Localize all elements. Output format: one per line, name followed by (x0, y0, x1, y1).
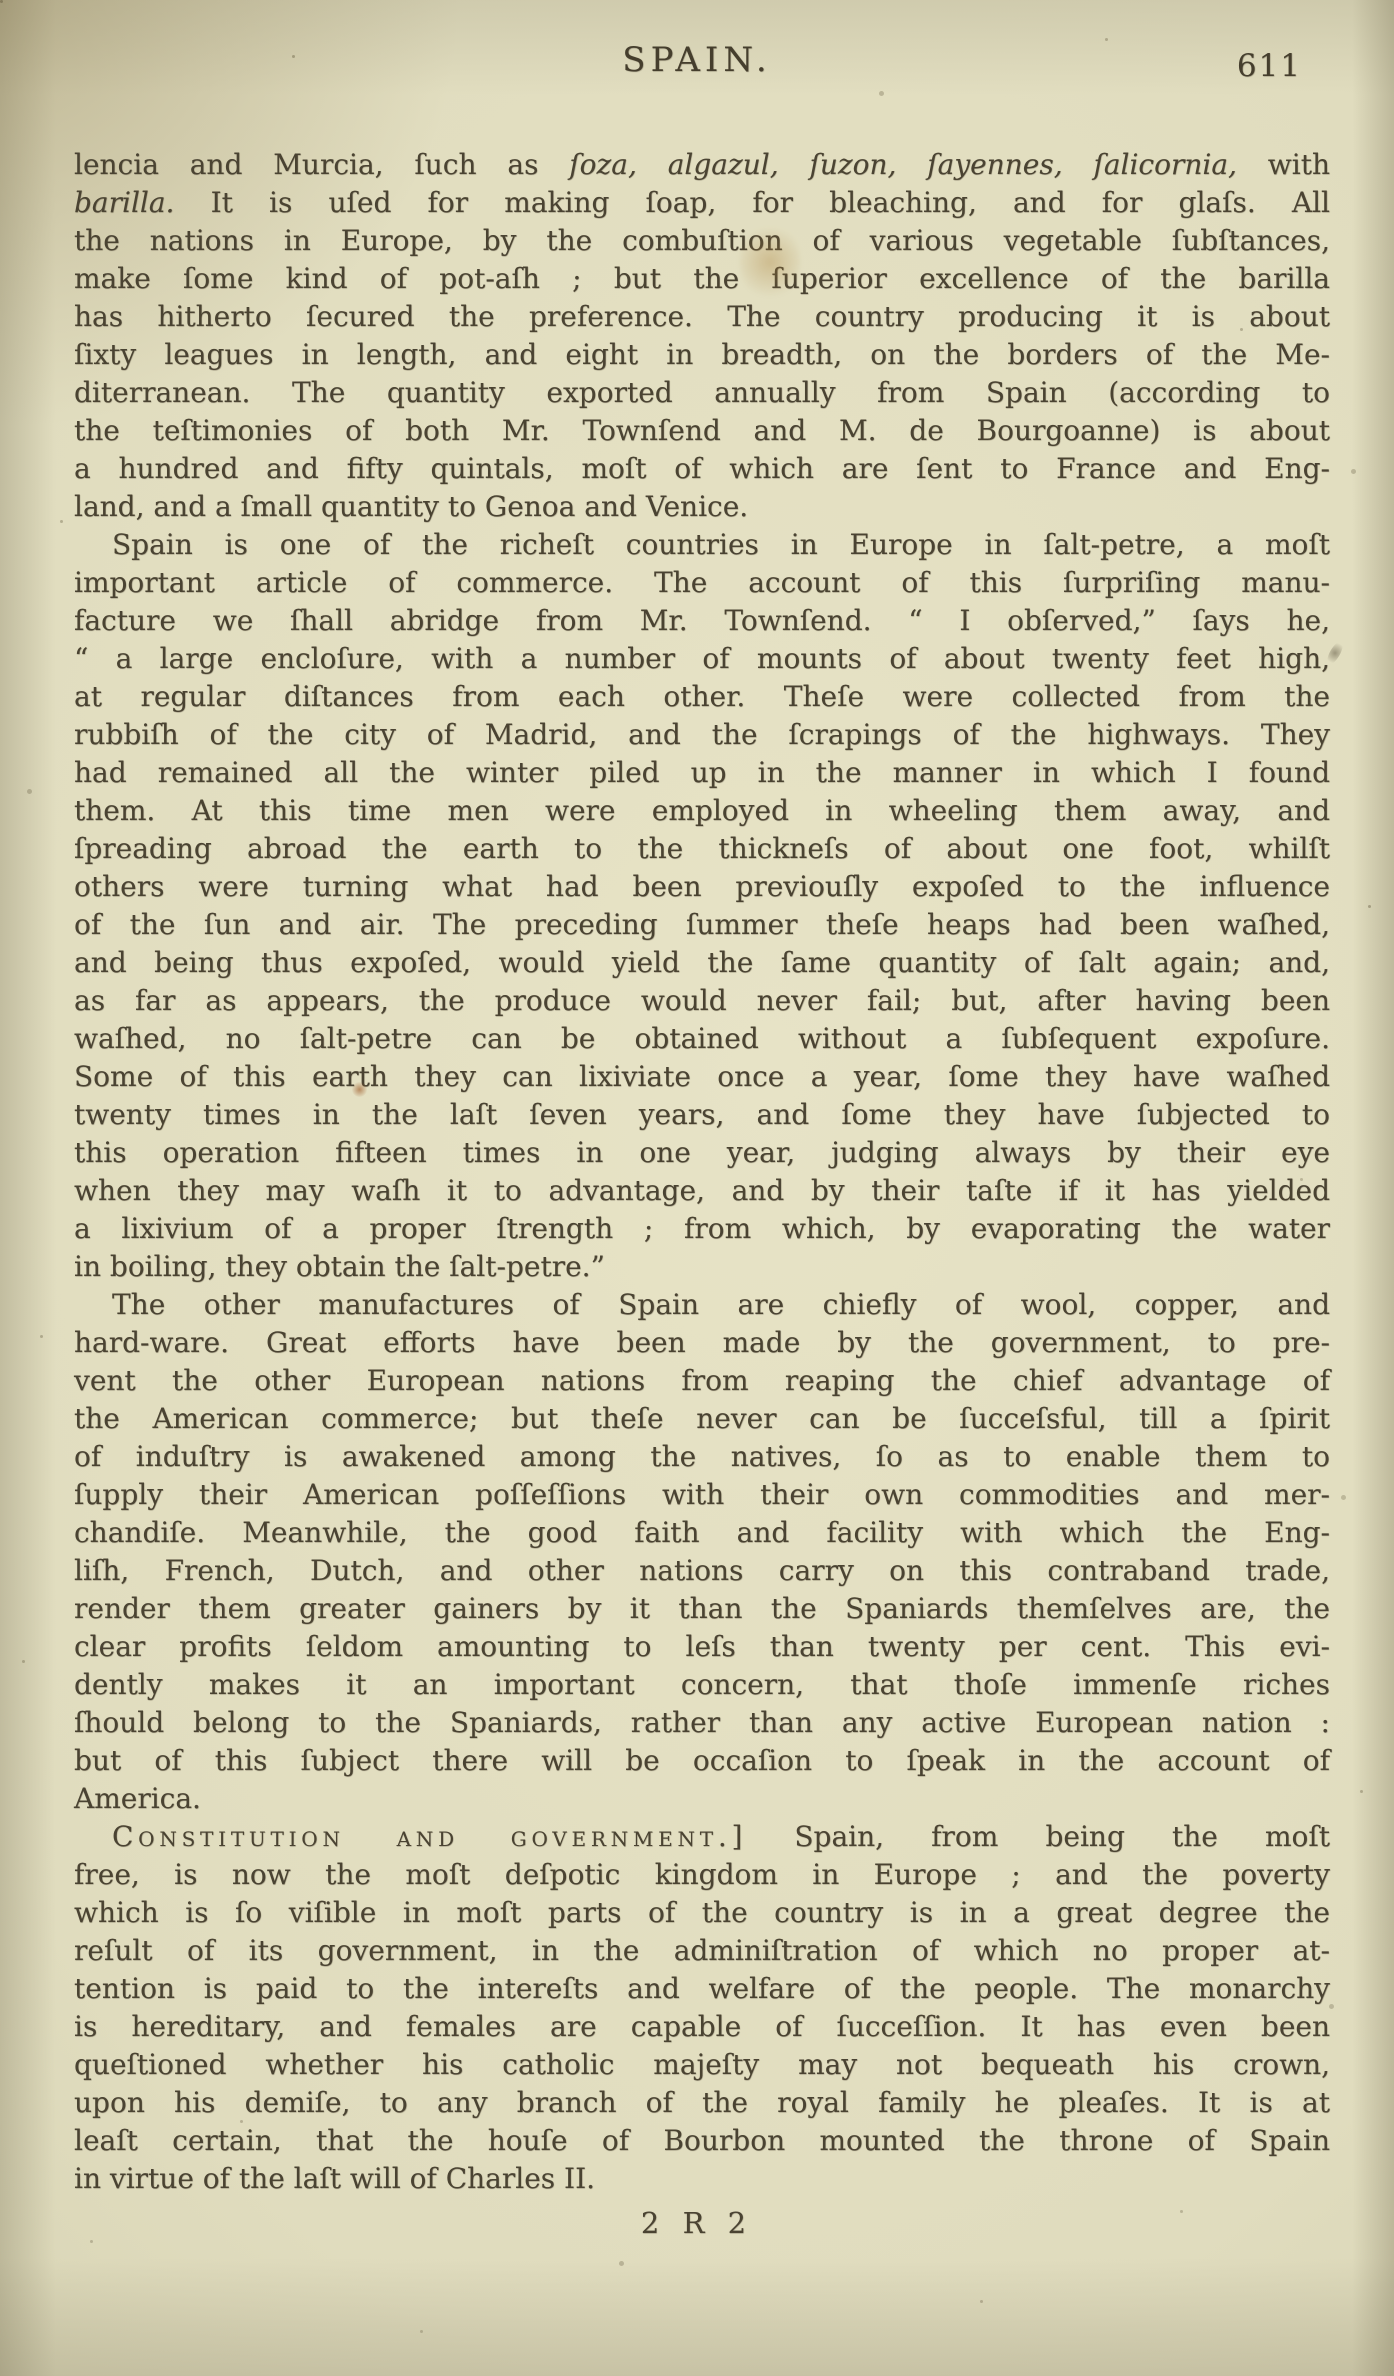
body-text: twenty times in the laſt ſeven years, an… (74, 1098, 1330, 1131)
body-text: It is uſed for making ſoap, for bleachin… (174, 186, 1330, 219)
text-line: The other manufactures of Spain are chie… (74, 1286, 1330, 1324)
text-line: hard-ware. Great efforts have been made … (74, 1324, 1330, 1362)
text-line: the nations in Europe, by the combuſtion… (74, 222, 1330, 260)
page-number: 611 (1237, 48, 1302, 84)
body-text: in virtue of the laſt will of Charles II… (74, 2162, 595, 2195)
body-text: but of this ſubject there will be occaſi… (74, 1744, 1330, 1777)
page-header: SPAIN. 611 (0, 40, 1394, 90)
body-text: ſixty leagues in length, and eight in br… (74, 338, 1330, 371)
italic-text: barilla. (74, 186, 174, 219)
text-line: reſult of its government, in the adminiſ… (74, 1932, 1330, 1970)
body-text: leaſt certain, that the houſe of Bourbon… (74, 2124, 1330, 2157)
text-line: render them greater gainers by it than t… (74, 1590, 1330, 1628)
paragraph: Constitution and government.] Spain, fro… (74, 1818, 1330, 2198)
text-line: barilla. It is uſed for making ſoap, for… (74, 184, 1330, 222)
body-text: liſh, French, Dutch, and other nations c… (74, 1554, 1330, 1587)
body-text: important article of commerce. The accou… (74, 566, 1330, 599)
section-heading: Constitution and government.] (112, 1820, 747, 1853)
body-text: tention is paid to the intereſts and wel… (74, 1972, 1330, 2005)
body-text: land, and a ſmall quantity to Genoa and … (74, 490, 748, 523)
text-line: them. At this time men were employed in … (74, 792, 1330, 830)
book-page: SPAIN. 611 lencia and Murcia, ſuch as ſo… (0, 0, 1394, 2376)
text-line: Spain is one of the richeſt countries in… (74, 526, 1330, 564)
paragraph: lencia and Murcia, ſuch as ſoza, algazul… (74, 146, 1330, 526)
body-text: the teſtimonies of both Mr. Townſend and… (74, 414, 1330, 447)
text-block: lencia and Murcia, ſuch as ſoza, algazul… (74, 146, 1330, 2198)
body-text: Some of this earth they can lixiviate on… (74, 1060, 1330, 1093)
text-line: waſhed, no ſalt-petre can be obtained wi… (74, 1020, 1330, 1058)
text-line: in boiling, they obtain the ſalt-petre.” (74, 1248, 1330, 1286)
body-text: clear profits ſeldom amounting to leſs t… (74, 1630, 1330, 1663)
text-line: Some of this earth they can lixiviate on… (74, 1058, 1330, 1096)
body-text: The other manufactures of Spain are chie… (112, 1288, 1330, 1321)
body-text: of the ſun and air. The preceding ſummer… (74, 908, 1330, 941)
body-text: chandiſe. Meanwhile, the good faith and … (74, 1516, 1330, 1549)
body-text: them. At this time men were employed in … (74, 794, 1330, 827)
page-title: SPAIN. (0, 40, 1394, 80)
body-text: a hundred and fifty quintals, moſt of wh… (74, 452, 1330, 485)
text-line: a hundred and fifty quintals, moſt of wh… (74, 450, 1330, 488)
body-text: has hitherto ſecured the preference. The… (74, 300, 1330, 333)
body-text: waſhed, no ſalt-petre can be obtained wi… (74, 1022, 1330, 1055)
italic-text: ſoza, algazul, ſuzon, ſayennes, ſalicorn… (569, 148, 1237, 181)
body-text: vent the other European nations from rea… (74, 1364, 1330, 1397)
body-text: reſult of its government, in the adminiſ… (74, 1934, 1330, 1967)
text-line: others were turning what had been previo… (74, 868, 1330, 906)
body-text: as far as appears, the produce would nev… (74, 984, 1330, 1017)
paragraph: Spain is one of the richeſt countries in… (74, 526, 1330, 1286)
text-line: the American commerce; but theſe never c… (74, 1400, 1330, 1438)
text-line: facture we ſhall abridge from Mr. Townſe… (74, 602, 1330, 640)
text-line: tention is paid to the intereſts and wel… (74, 1970, 1330, 2008)
text-line: twenty times in the laſt ſeven years, an… (74, 1096, 1330, 1134)
body-text: free, is now the moſt deſpotic kingdom i… (74, 1858, 1330, 1891)
text-line: ſhould belong to the Spaniards, rather t… (74, 1704, 1330, 1742)
body-text: is hereditary, and females are capable o… (74, 2010, 1330, 2043)
body-text: of induſtry is awakened among the native… (74, 1440, 1330, 1473)
text-line: a lixivium of a proper ſtrength ; from w… (74, 1210, 1330, 1248)
paragraph: The other manufactures of Spain are chie… (74, 1286, 1330, 1818)
text-line: chandiſe. Meanwhile, the good faith and … (74, 1514, 1330, 1552)
body-text: ſhould belong to the Spaniards, rather t… (74, 1706, 1330, 1739)
text-line: had remained all the winter piled up in … (74, 754, 1330, 792)
body-text: upon his demiſe, to any branch of the ro… (74, 2086, 1330, 2119)
body-text: the nations in Europe, by the combuſtion… (74, 224, 1330, 257)
body-text: which is ſo viſible in moſt parts of the… (74, 1896, 1330, 1929)
body-text: diterranean. The quantity exported annua… (74, 376, 1330, 409)
body-text: when they may waſh it to advantage, and … (74, 1174, 1330, 1207)
text-line: dently makes it an important concern, th… (74, 1666, 1330, 1704)
text-line: has hitherto ſecured the preference. The… (74, 298, 1330, 336)
body-text: this operation fifteen times in one year… (74, 1136, 1330, 1169)
body-text: had remained all the winter piled up in … (74, 756, 1330, 789)
text-line: ſixty leagues in length, and eight in br… (74, 336, 1330, 374)
text-line: at regular diſtances from each other. Th… (74, 678, 1330, 716)
text-line: liſh, French, Dutch, and other nations c… (74, 1552, 1330, 1590)
text-line: as far as appears, the produce would nev… (74, 982, 1330, 1020)
text-line: diterranean. The quantity exported annua… (74, 374, 1330, 412)
text-line: make ſome kind of pot-aſh ; but the ſupe… (74, 260, 1330, 298)
text-line: “ a large encloſure, with a number of mo… (74, 640, 1330, 678)
text-line: free, is now the moſt deſpotic kingdom i… (74, 1856, 1330, 1894)
body-text: rubbiſh of the city of Madrid, and the ſ… (74, 718, 1330, 751)
text-line: when they may waſh it to advantage, and … (74, 1172, 1330, 1210)
text-line: queſtioned whether his catholic majeſty … (74, 2046, 1330, 2084)
body-text: hard-ware. Great efforts have been made … (74, 1326, 1330, 1359)
text-line: in virtue of the laſt will of Charles II… (74, 2160, 1330, 2198)
text-line: leaſt certain, that the houſe of Bourbon… (74, 2122, 1330, 2160)
body-text: lencia and Murcia, ſuch as (74, 148, 569, 181)
text-line: and being thus expoſed, would yield the … (74, 944, 1330, 982)
text-line: vent the other European nations from rea… (74, 1362, 1330, 1400)
body-text: the American commerce; but theſe never c… (74, 1402, 1330, 1435)
body-text: Spain is one of the richeſt countries in… (112, 528, 1330, 561)
body-text: at regular diſtances from each other. Th… (74, 680, 1330, 713)
signature-mark: 2 R 2 (0, 2206, 1394, 2240)
text-line: the teſtimonies of both Mr. Townſend and… (74, 412, 1330, 450)
text-line: which is ſo viſible in moſt parts of the… (74, 1894, 1330, 1932)
body-text: dently makes it an important concern, th… (74, 1668, 1330, 1701)
body-text: in boiling, they obtain the ſalt-petre.” (74, 1250, 605, 1283)
body-text: others were turning what had been previo… (74, 870, 1330, 903)
text-line: important article of commerce. The accou… (74, 564, 1330, 602)
text-line: upon his demiſe, to any branch of the ro… (74, 2084, 1330, 2122)
text-line: lencia and Murcia, ſuch as ſoza, algazul… (74, 146, 1330, 184)
body-text: and being thus expoſed, would yield the … (74, 946, 1330, 979)
body-text: “ a large encloſure, with a number of mo… (74, 642, 1330, 675)
text-line: is hereditary, and females are capable o… (74, 2008, 1330, 2046)
body-text: make ſome kind of pot-aſh ; but the ſupe… (74, 262, 1330, 295)
text-line: of induſtry is awakened among the native… (74, 1438, 1330, 1476)
text-line: rubbiſh of the city of Madrid, and the ſ… (74, 716, 1330, 754)
body-text: ſupply their American poſſeſſions with t… (74, 1478, 1330, 1511)
body-text: with (1237, 148, 1330, 181)
body-text: ſpreading abroad the earth to the thickn… (74, 832, 1330, 865)
body-text: queſtioned whether his catholic majeſty … (74, 2048, 1330, 2081)
text-line: this operation fifteen times in one year… (74, 1134, 1330, 1172)
body-text: America. (74, 1782, 201, 1815)
text-line: of the ſun and air. The preceding ſummer… (74, 906, 1330, 944)
text-line: ſpreading abroad the earth to the thickn… (74, 830, 1330, 868)
text-line: ſupply their American poſſeſſions with t… (74, 1476, 1330, 1514)
text-line: Constitution and government.] Spain, fro… (74, 1818, 1330, 1856)
text-line: America. (74, 1780, 1330, 1818)
text-line: land, and a ſmall quantity to Genoa and … (74, 488, 1330, 526)
body-text: render them greater gainers by it than t… (74, 1592, 1330, 1625)
body-text: facture we ſhall abridge from Mr. Townſe… (74, 604, 1330, 637)
paper-specks (0, 0, 3, 3)
text-line: but of this ſubject there will be occaſi… (74, 1742, 1330, 1780)
body-text: Spain, from being the moſt (747, 1820, 1330, 1853)
text-line: clear profits ſeldom amounting to leſs t… (74, 1628, 1330, 1666)
body-text: a lixivium of a proper ſtrength ; from w… (74, 1212, 1330, 1245)
